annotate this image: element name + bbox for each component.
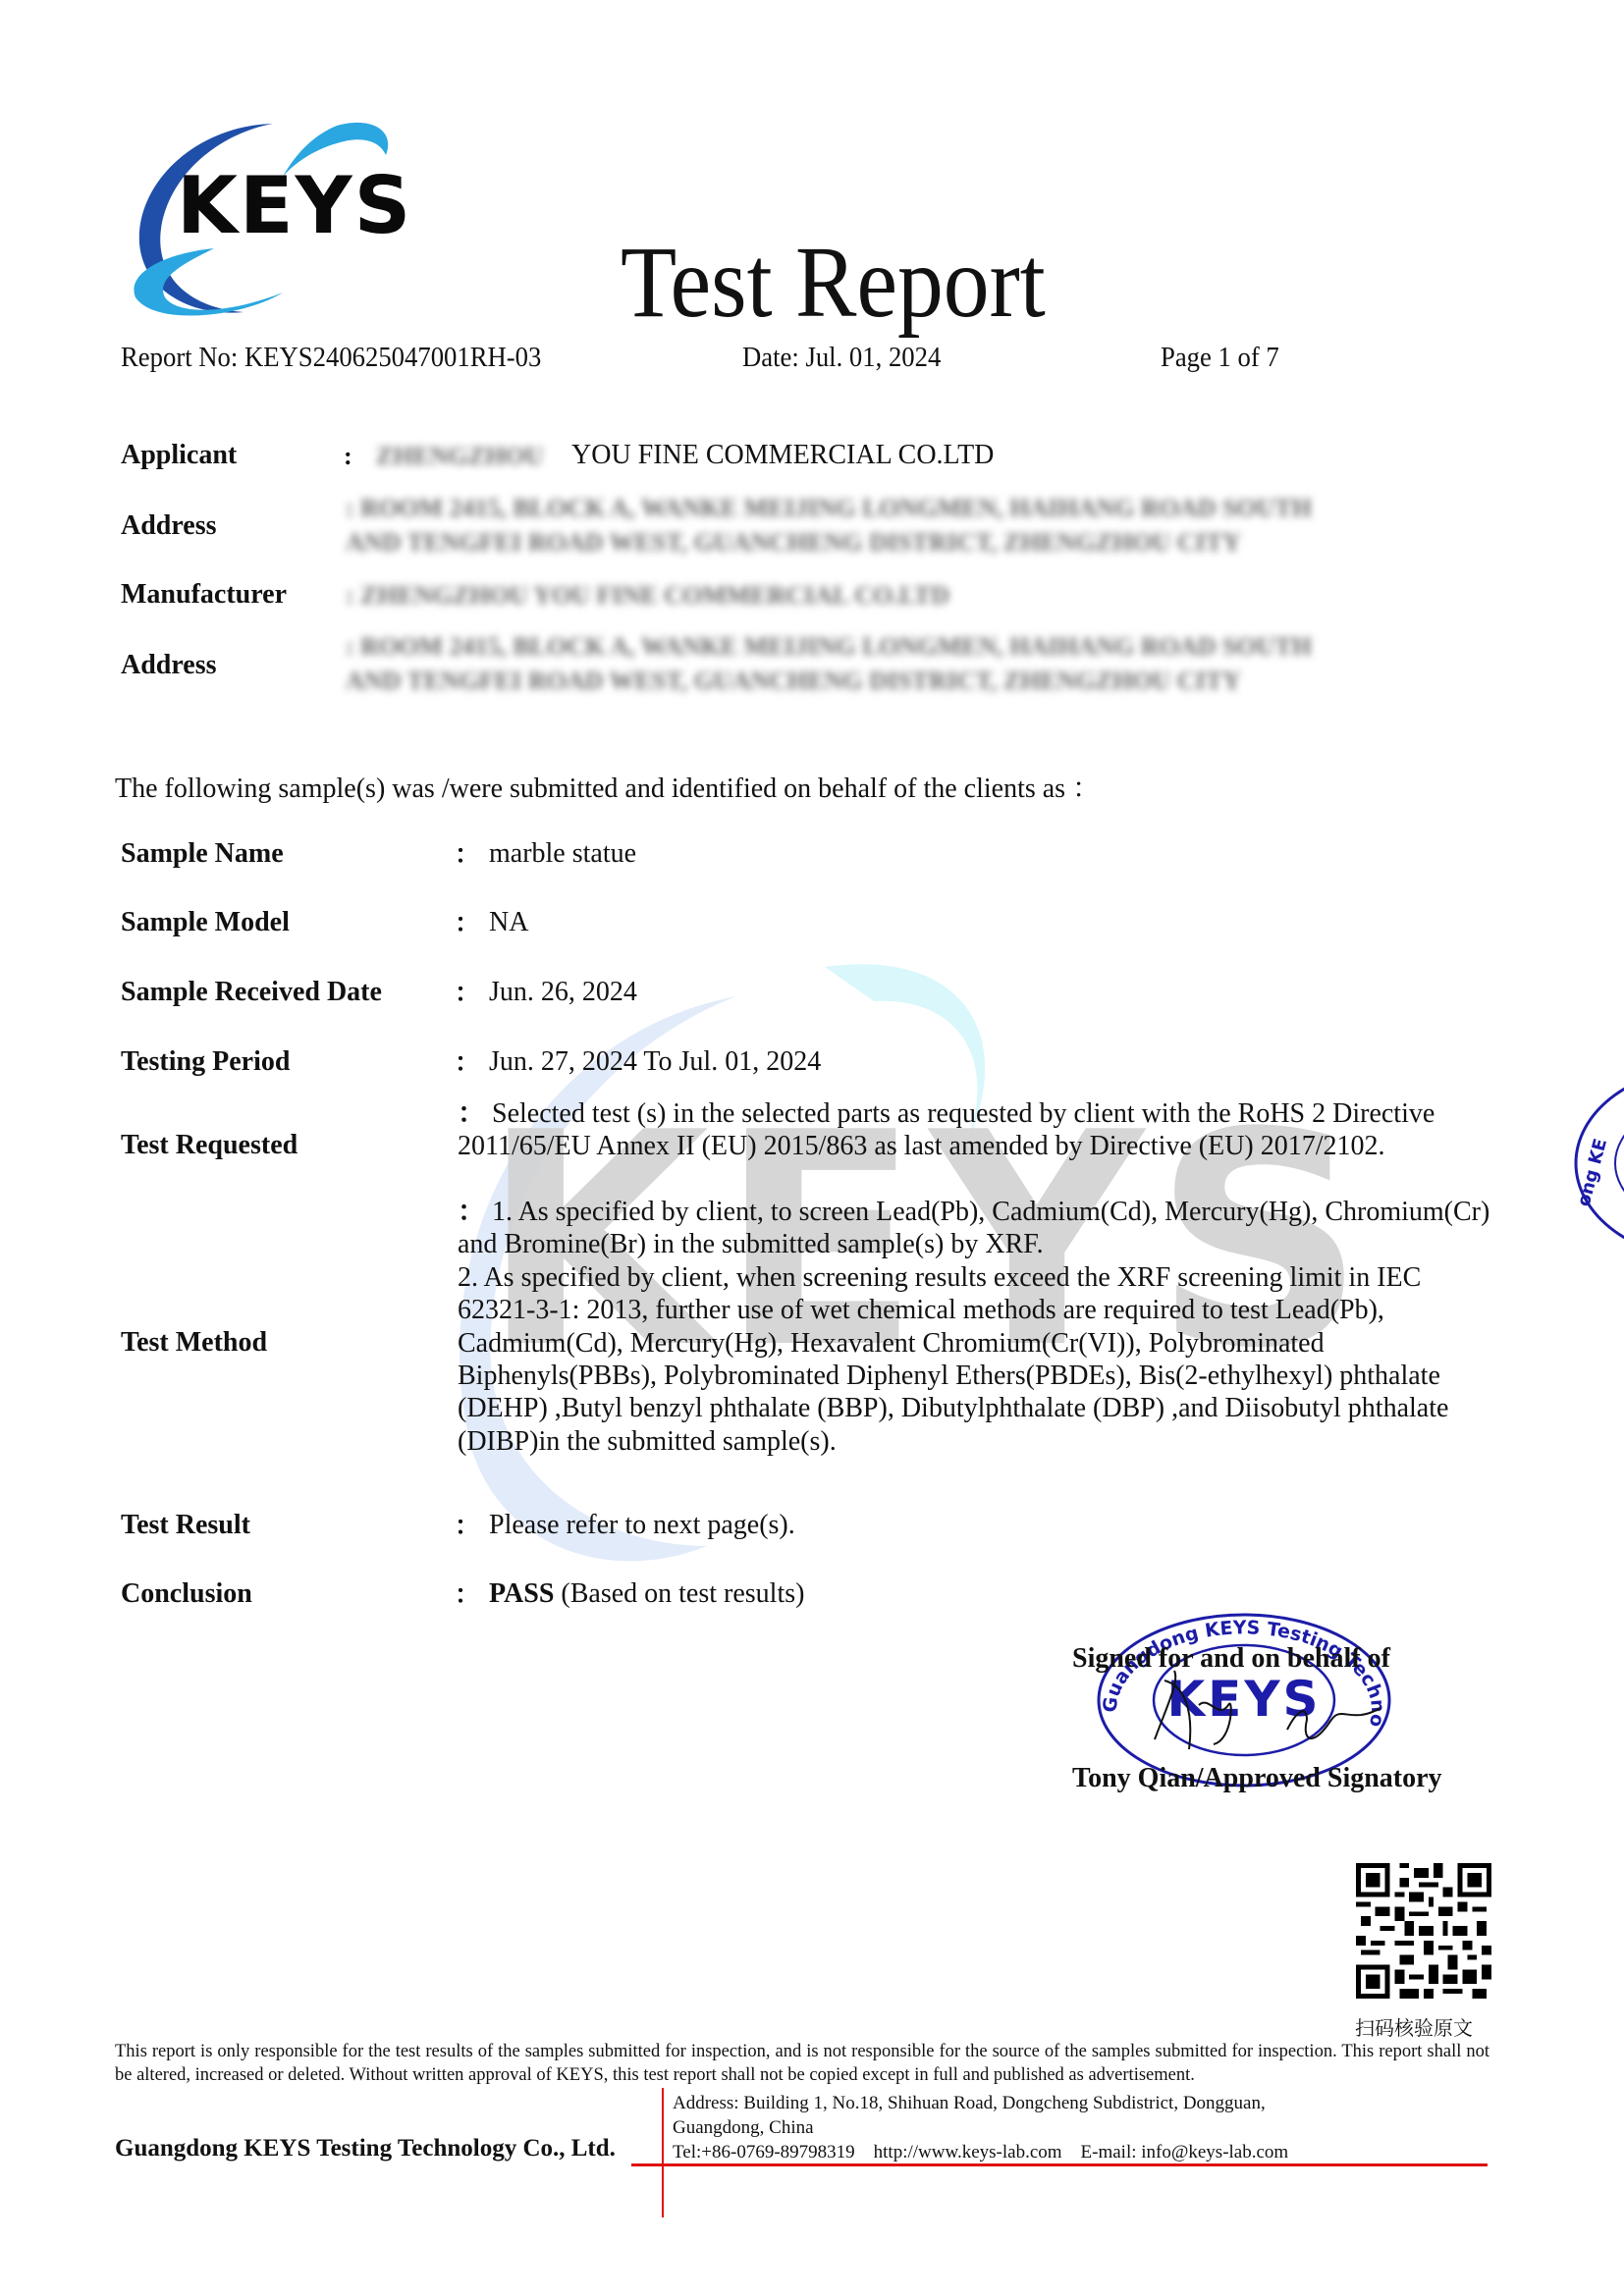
disclaimer-text: This report is only responsible for the … xyxy=(115,2040,1489,2087)
seal-icon: Guangdong KEYS Testing Technology Co., L… xyxy=(1096,1612,1392,1789)
redacted-text: AND TENGFEI ROAD WEST, GUANCHENG DISTRIC… xyxy=(346,530,1241,556)
test-result-label: Test Result xyxy=(121,1512,250,1539)
logo-text: KEYS xyxy=(177,167,412,245)
report-date: Date: Jul. 01, 2024 xyxy=(742,344,941,372)
received-date-value: Jun. 26, 2024 xyxy=(489,979,637,1006)
pass-badge: PASS xyxy=(489,1578,554,1609)
colon: ： xyxy=(455,1514,480,1539)
company-name: Guangdong KEYS Testing Technology Co., L… xyxy=(115,2136,616,2161)
testing-period-value: Jun. 27, 2024 To Jul. 01, 2024 xyxy=(489,1048,821,1076)
colon: ： xyxy=(455,1050,480,1076)
sample-name-value: marble statue xyxy=(489,840,636,868)
applicant-value: YOU FINE COMMERCIAL CO.LTD xyxy=(571,442,994,469)
redacted-text: : ROOM 2415, BLOCK A, WANKE MEIJING LONG… xyxy=(346,634,1312,660)
sample-model-label: Sample Model xyxy=(121,909,290,936)
footer-divider-vertical xyxy=(662,2088,664,2217)
company-address-line-1: Address: Building 1, No.18, Shihuan Road… xyxy=(673,2094,1266,2112)
sample-model-value: NA xyxy=(489,909,528,936)
signatory-name: Tony Qian/Approved Signatory xyxy=(1072,1765,1442,1792)
footer-divider-horizontal xyxy=(631,2163,1488,2166)
colon: ： xyxy=(455,911,480,936)
applicant-address-label: Address xyxy=(121,512,217,540)
keys-logo: KEYS xyxy=(126,116,430,322)
testing-period-label: Testing Period xyxy=(121,1048,290,1076)
manufacturer-address-label: Address xyxy=(121,652,217,679)
redacted-text: : ZHENGZHOU YOU FINE COMMERCIAL CO.LTD xyxy=(346,583,949,609)
received-date-label: Sample Received Date xyxy=(121,979,382,1006)
manufacturer-label: Manufacturer xyxy=(121,581,287,609)
company-seal: Guangdong KEYS Testing Technology Co., L… xyxy=(1096,1612,1392,1789)
test-result-value: Please refer to next page(s). xyxy=(489,1512,795,1539)
colon: ： xyxy=(455,842,480,868)
company-address-line-2: Guangdong, China xyxy=(673,2118,814,2137)
page-number: Page 1 of 7 xyxy=(1161,344,1279,372)
colon: : xyxy=(344,444,352,469)
verification-qr-code[interactable] xyxy=(1355,1863,1492,1999)
redacted-text: : ROOM 2415, BLOCK A, WANKE MEIJING LONG… xyxy=(346,496,1312,521)
edge-seal-fragment: ong KE xyxy=(1571,1060,1624,1266)
colon: ： xyxy=(455,981,480,1006)
colon: ： xyxy=(455,1582,480,1608)
test-requested-value: ： Selected test (s) in the selected part… xyxy=(458,1097,1498,1163)
conclusion-label: Conclusion xyxy=(121,1580,252,1608)
company-contact: Tel:+86-0769-89798319 http://www.keys-la… xyxy=(673,2143,1288,2162)
signed-for-text: Signed for and on behalf of xyxy=(1072,1645,1390,1673)
intro-text: The following sample(s) was /were submit… xyxy=(115,775,1100,803)
applicant-label: Applicant xyxy=(121,442,237,469)
page-title: Test Report xyxy=(621,232,1046,334)
test-requested-label: Test Requested xyxy=(121,1132,298,1159)
conclusion-value: PASS (Based on test results) xyxy=(489,1580,804,1608)
seal-fragment-icon: ong KE xyxy=(1571,1060,1624,1266)
report-number: Report No: KEYS240625047001RH-03 xyxy=(121,344,541,372)
qr-code-icon xyxy=(1355,1863,1492,1999)
sample-name-label: Sample Name xyxy=(121,840,284,868)
test-method-value: ： 1. As specified by client, to screen L… xyxy=(458,1196,1498,1458)
qr-caption: 扫码核验原文 xyxy=(1355,2012,1473,2041)
test-method-label: Test Method xyxy=(121,1329,267,1357)
redacted-text: AND TENGFEI ROAD WEST, GUANCHENG DISTRIC… xyxy=(346,668,1241,694)
redacted-text: ZHENGZHOU xyxy=(376,444,543,469)
